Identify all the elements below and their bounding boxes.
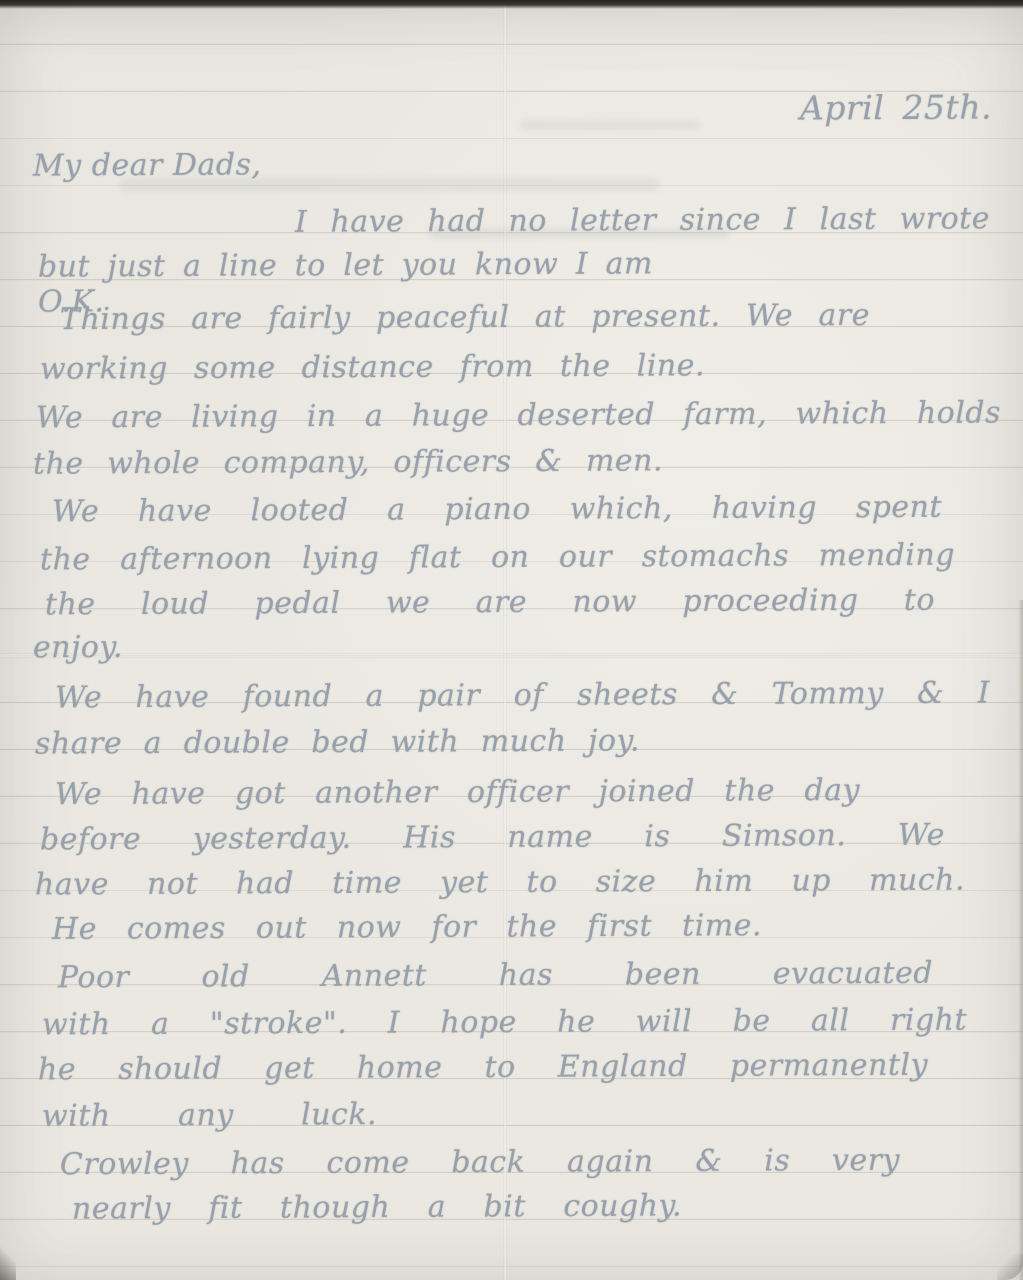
handwritten-line: We have got another officer joined the d… [55,773,860,812]
handwritten-line: nearly fit though a bit coughy. [72,1188,682,1226]
handwritten-line: the afternoon lying flat on our stomachs… [40,538,955,578]
handwritten-line: with any luck. [42,1097,377,1134]
letter-salutation: My dear Dads, [33,147,262,183]
handwritten-line: the whole company, officers & men. [33,443,663,481]
handwritten-line: We have looted a piano which, having spe… [52,490,942,530]
handwritten-line: with a "stroke". I hope he will be all r… [42,1003,967,1043]
handwritten-line: Crowley has come back again & is very [60,1143,900,1182]
fold-crease-vertical [503,0,507,1280]
handwritten-line: Poor old Annett has been evacuated [58,956,933,996]
handwritten-line: the loud pedal we are now proceeding to [45,583,935,623]
handwritten-line: have not had time yet to size him up muc… [35,863,965,903]
handwritten-line: We have found a pair of sheets & Tommy &… [55,676,990,716]
scan-edge-shadow [1018,600,1023,1280]
letter-date: April 25th. [800,87,992,127]
handwritten-line: before yesterday. His name is Simson. We [40,818,945,858]
ink-bleed-smudge [520,120,700,130]
handwritten-line: He comes out now for the first time. [52,908,762,947]
handwritten-line: he should get home to England permanentl… [38,1048,928,1088]
scan-top-edge [0,0,1023,9]
handwritten-line: enjoy. [33,630,123,665]
handwritten-line: share a double bed with much joy. [35,723,640,761]
ruled-lines [0,0,1023,1280]
scan-corner-shadow [0,1246,16,1280]
handwritten-line: Things are fairly peaceful at present. W… [60,298,870,337]
handwritten-line: working some distance from the line. [40,348,705,386]
handwritten-line: We are living in a huge deserted farm, w… [36,395,1001,435]
handwritten-line: I have had no letter since I last wrote [295,201,990,240]
fold-crease-horizontal [0,653,1023,658]
letter-page: April 25th. My dear Dads, I have had no … [0,0,1023,1280]
